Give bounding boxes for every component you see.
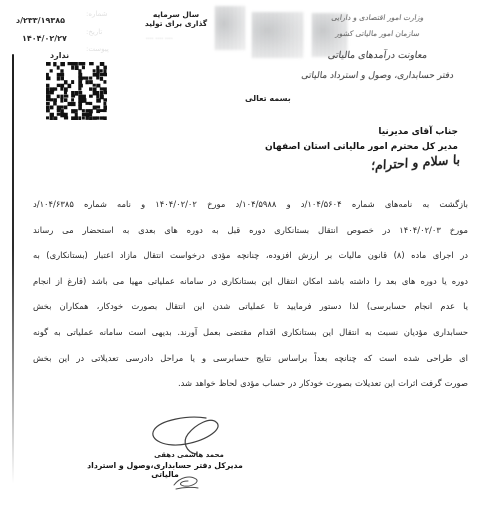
letter-attachment-label: پیوست: (86, 45, 109, 53)
letter-number-value: ۲۳۳/۱۹۳۸۵/د (16, 8, 78, 27)
qr-code (46, 62, 107, 120)
letter-number-label: شماره: (86, 10, 107, 18)
body-line: ای طراحی شده است که چنانچه بعداً براساس … (33, 346, 468, 372)
scanned-letter-page: ۲۳۳/۱۹۳۸۵/د شماره: ۱۴۰۴/۰۲/۲۷ تاریخ: ندا… (0, 0, 503, 531)
letterhead-line: وزارت امور اقتصادی و دارایی (287, 13, 468, 22)
letter-attachment-value: ندارد (50, 43, 78, 62)
bismillah-text: بسمه تعالی (245, 94, 291, 103)
body-line: مورخ ۱۴۰۴/۰۲/۰۳ در خصوص انتقال بستانکاری… (33, 218, 468, 244)
year-slogan: سال سرمایه گذاری برای تولید (141, 10, 211, 28)
body-paragraph: بازگشت به نامه‌های شماره ۱۰۴/۵۶۰۴/د و ۱۰… (33, 192, 468, 397)
scan-edge-line (12, 54, 14, 484)
letter-date-label: تاریخ: (86, 28, 102, 36)
letterhead-line: سازمان امور مالیاتی کشور (287, 29, 468, 38)
letterhead-block: وزارت امور اقتصادی و داراییسازمان امور م… (287, 13, 467, 81)
body-line: بازگشت به نامه‌های شماره ۱۰۴/۵۶۰۴/د و ۱۰… (33, 192, 468, 218)
body-line: دوره یا دوره های بعد را داشته باشد امکان… (33, 269, 468, 295)
body-line: حسابداری مؤدیان نسبت به انتقال این بستان… (33, 320, 468, 346)
recipient-title: مدیر کل محترم امور مالیاتی استان اصفهان (265, 140, 458, 155)
recipient-block: جناب آقای مدیرنیا مدیر کل محترم امور مال… (265, 125, 458, 154)
signature-flourish-icon (170, 473, 202, 491)
signer-name: محمد هاشمی دهقی (118, 451, 260, 459)
recipient-name: جناب آقای مدیرنیا (265, 125, 458, 140)
body-line: صورت گرفت اثرات این تعدیلات بصورت خودکار… (33, 371, 468, 397)
body-line: در اجرای ماده (۸) قانون مالیات بر ارزش ا… (33, 243, 468, 269)
signer-title: مدیرکل دفتر حسابداری،وصول و استرداد مالی… (72, 461, 258, 479)
letterhead-line: دفتر حسابداری، وصول و استرداد مالیاتی (286, 71, 467, 81)
salutation-handwriting: با سلام و احترام؛ (368, 152, 460, 173)
letterhead-line: معاونت درآمدهای مالیاتی (286, 50, 467, 61)
fine-print-smudge: ···· ···· ···· (146, 37, 173, 42)
body-line: یا عدم انجام حسابرسی) لذا دستور فرمایید … (33, 294, 468, 320)
faded-stamp-smudge (215, 6, 245, 50)
